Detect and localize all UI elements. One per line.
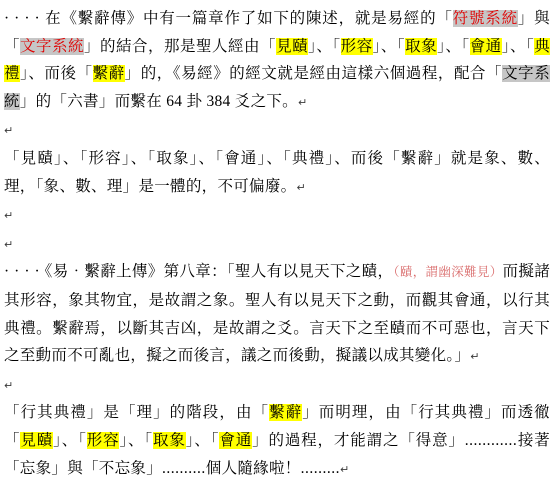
text-run: 」、而後「	[20, 65, 93, 82]
text-run: 《易‧繫辭上傳》第八章：「聖人有以見天下之賾，	[45, 263, 394, 280]
leader-dots: ····	[4, 263, 45, 280]
text-run: 」、「	[437, 38, 470, 55]
leader-dots: ····	[4, 10, 45, 27]
paragraph-mark: ↵	[4, 379, 14, 392]
highlighted-text-run: 繫辭	[93, 65, 125, 82]
dot-leader: ............	[465, 432, 518, 449]
paragraph-mark: ↵	[470, 350, 480, 363]
dot-leader: ..........	[162, 460, 206, 477]
text-run: 」的，《易經》的經文就是經由這樣六個過程，配合「	[125, 65, 502, 82]
paragraph-mark: ↵	[4, 124, 14, 137]
dot-leader: .........	[301, 460, 340, 477]
text-run: 」、「	[373, 38, 406, 55]
paragraph-2: 「見賾」、「形容」、「取象」、「會通」、「典禮」、而後「繫辭」就是象、數、理，「…	[4, 145, 550, 201]
text-run: 「見賾」、「形容」、「取象」、「會通」、「典禮」、而後「繫辭」就是象、數、理，「…	[4, 150, 550, 195]
paragraph-mark: ↵	[340, 463, 350, 476]
text-run: 」、「	[53, 432, 87, 449]
highlighted-text-run: 形容	[341, 38, 373, 55]
text-run: 」、「	[308, 38, 341, 55]
highlighted-text-run: 見賾	[276, 38, 308, 55]
highlighted-text-run: 繫辭	[269, 404, 302, 421]
paragraph-mark: ↵	[296, 181, 306, 194]
paragraph-mark: ↵	[4, 209, 14, 222]
highlighted-text-run: 見賾	[20, 432, 53, 449]
paragraph-3: ····《易‧繫辭上傳》第八章：「聖人有以見天下之賾，（賾，謂幽深難見）而擬諸其…	[4, 258, 550, 370]
text-run: 」、「	[186, 432, 220, 449]
highlighted-text-run: 文字系統	[20, 38, 84, 55]
text-run: 」、「	[119, 432, 153, 449]
highlighted-text-run: 取象	[153, 432, 186, 449]
highlighted-text-run: 取象	[405, 38, 437, 55]
document-page: ····在《繫辭傳》中有一篇章作了如下的陳述，就是易經的「符號系統」與「文字系統…	[0, 0, 553, 477]
paragraph-1: ····在《繫辭傳》中有一篇章作了如下的陳述，就是易經的「符號系統」與「文字系統…	[4, 5, 550, 116]
blank-line-1: ↵	[4, 116, 550, 145]
text-run: 」、「	[502, 38, 535, 55]
paragraph-mark: ↵	[298, 96, 308, 109]
blank-line-4: ↵	[4, 371, 550, 400]
highlighted-text-run: 符號系統	[453, 10, 518, 27]
text-run: 」的過程，才能謂之「得意」	[252, 432, 465, 449]
text-run: 個人隨緣啦！	[206, 460, 301, 477]
paragraph-4: 「行其典禮」是「理」的階段，由「繫辭」而明理，由「行其典禮」而透徹「見賾」、「形…	[4, 399, 550, 477]
blank-line-3: ↵	[4, 230, 550, 259]
highlighted-text-run: 會通	[470, 38, 502, 55]
annotation-red-note: （賾，謂幽深難見）	[393, 265, 502, 279]
highlighted-text-run: 會通	[219, 432, 252, 449]
text-run: 「行其典禮」是「理」的階段，由「	[4, 404, 269, 421]
blank-line-2: ↵	[4, 201, 550, 230]
highlighted-text-run: 形容	[87, 432, 120, 449]
text-run: 在《繫辭傳》中有一篇章作了如下的陳述，就是易經的「	[45, 10, 453, 27]
text-run: 」的「六書」而繫在 64 卦 384 爻之下。	[20, 93, 298, 110]
paragraph-mark: ↵	[4, 238, 14, 251]
text-run: 」的結合，那是聖人經由「	[84, 38, 276, 55]
